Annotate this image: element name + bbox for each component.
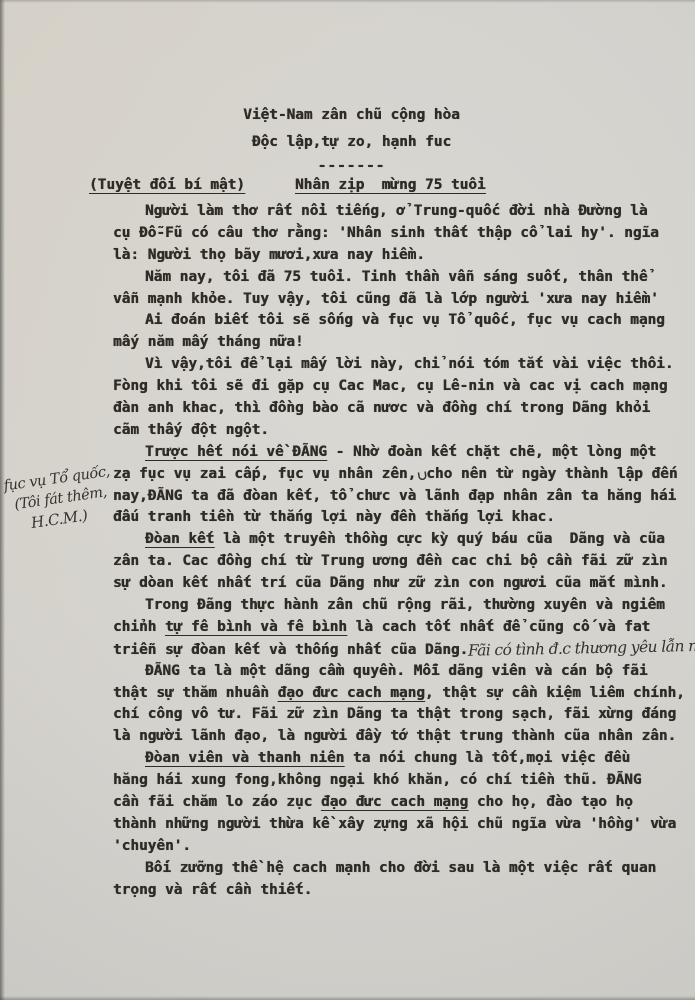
typed-text-run: sự dòan kết nhất trí cũa Dãng như zữ zìn… [113, 575, 668, 591]
text-line: Đòan kết là một truyền thồng cực kỳ quý … [113, 529, 688, 551]
typed-text-run: mấy năm mấy tháng nữa! [113, 334, 304, 350]
typed-text-run: triễn sự đòan kết và thống nhất cũa Dãng… [113, 642, 468, 658]
text-line: Bối zưỡng thề hệ cach mạnh cho đời sau l… [113, 858, 688, 880]
typed-text-run: là: Người thọ bãy mươi,xưa nay hiềm. [113, 247, 425, 263]
typed-text-run: Trong Đãng thực hành zân chũ rộng rãi, t… [145, 597, 665, 613]
text-line: Trong Đãng thực hành zân chũ rộng rãi, t… [113, 595, 688, 617]
typed-text-run: zân ta. Cac đồng chí từ Trung ương đền c… [113, 553, 668, 569]
typed-text-run: Người làm thơ rất nổi tiếng, ở Trung-quố… [145, 203, 648, 219]
typed-text-run: đàn anh khac, thì đồng bào cã nươc và đồ… [113, 400, 650, 416]
text-line: Năm nay, tôi đã 75 tuổi. Tinh thần vẫn s… [113, 267, 688, 289]
text-line: là: Người thọ bãy mươi,xưa nay hiềm. [113, 245, 688, 267]
typed-text-run: zạ fục vụ zai cấp, fục vụ nhân zên, [113, 466, 416, 482]
typed-text-run: Đòan kết [145, 531, 214, 547]
typed-text-run: đạo đưc cach mạng [321, 794, 468, 810]
text-line: hăng hái xung fong,không ngại khó khăn, … [113, 770, 688, 792]
text-line: cụ Đỗ-Fũ có câu thơ rằng: 'Nhân sinh thấ… [113, 223, 688, 245]
photo-edge-top [0, 0, 695, 3]
typed-text-run: Trược hết nói về ĐÃNG [145, 444, 327, 460]
text-line: Fòng khi tôi sẽ đi gặp cụ Cac Mac, cụ Lê… [113, 376, 688, 398]
text-line: đàn anh khac, thì đồng bào cã nươc và đồ… [113, 398, 688, 420]
text-line: zân ta. Cac đồng chí từ Trung ương đền c… [113, 551, 688, 573]
text-line: mấy năm mấy tháng nữa! [113, 332, 688, 354]
photo-edge-bottom [0, 996, 695, 1000]
text-line: đấu tranh tiền từ thắng lợi này đền thắn… [113, 507, 688, 529]
typed-text-run: đạo đưc cach mạng [278, 685, 425, 701]
text-line: triễn sự đòan kết và thống nhất cũa Dãng… [113, 639, 688, 661]
text-line: nay,ĐÃNG ta đã đòan kết, tổ chưc và lãnh… [113, 486, 688, 508]
typed-text-run: Năm nay, tôi đã 75 tuổi. Tinh thần vẫn s… [145, 269, 648, 285]
typed-text-run: vẫn mạnh khỏe. Tuy vậy, tôi cũng đã là l… [113, 291, 659, 307]
typed-text-run: thành những người thừa kề xây zựng xã hộ… [113, 816, 676, 832]
text-line: zạ fục vụ zai cấp, fục vụ nhân zên,∪cho … [113, 464, 688, 486]
typed-text-run: Fòng khi tôi sẽ đi gặp cụ Cac Mac, cụ Lê… [113, 378, 668, 394]
typed-text-run: 'chuyên'. [113, 838, 191, 854]
typed-text-run: cần fãi chăm lo záo zục [113, 794, 321, 810]
typed-text-run: là một truyền thồng cực kỳ quý báu cũa D… [214, 531, 665, 547]
text-line: chí công vô tư. Fãi zữ zìn Dãng ta thật … [113, 704, 688, 726]
typed-text-run: thật sự thăm nhuần [113, 685, 278, 701]
header-motto-line: Độc lập,tự zo, hạnh fuc [4, 129, 695, 156]
header-country-line: Việt-Nam zân chũ cộng hòa [4, 101, 695, 129]
typed-text-run: Bối zưỡng thề hệ cach mạnh cho đời sau l… [145, 860, 656, 876]
header-dashed-rule: ------- [4, 156, 695, 176]
handwritten-inline-note: Fãi có tình đ.c thương yêu lẫn nhau. [468, 635, 695, 662]
typed-text-run: ta nói chung là tốt,mọi việc đều [344, 750, 630, 766]
photographed-document-page: { "colors": { "paper": "#d4d2cd", "ink":… [0, 0, 695, 1000]
typed-text-run: ĐÃNG ta là một dãng cầm quyền. Mỗi dãng … [145, 663, 648, 679]
page-title: Nhân zịp mừng 75 tuổi [295, 174, 486, 196]
secret-label: (Tuyệt đối bí mật) [89, 174, 245, 196]
text-line: Vì vậy,tôi để lại mấy lời này, chỉ nói t… [113, 354, 688, 376]
text-line: trọng và rất cần thiết. [113, 880, 688, 902]
typed-text-run: là người lãnh đạo, là người đầy tớ thật … [113, 728, 676, 744]
text-line: cần fãi chăm lo záo zục đạo đưc cach mạn… [113, 792, 688, 814]
typed-text-run: Vì vậy,tôi để lại mấy lời này, chỉ nói t… [145, 356, 674, 372]
text-line: Đòan viên và thanh niên ta nói chung là … [113, 748, 688, 770]
text-line: 'chuyên'. [113, 836, 688, 858]
typed-text-run: cho họ, đào tạo họ [468, 794, 633, 810]
typed-text-run: cụ Đỗ-Fũ có câu thơ rằng: 'Nhân sinh thấ… [113, 225, 659, 241]
typed-text-run: là cach tốt nhất để cũng cố và fat [347, 619, 650, 635]
document-header: Việt-Nam zân chũ cộng hòa Độc lập,tự zo,… [4, 101, 695, 176]
text-line: sự dòan kết nhất trí cũa Dãng như zữ zìn… [113, 573, 688, 595]
text-line: ĐÃNG ta là một dãng cầm quyền. Mỗi dãng … [113, 661, 688, 683]
typed-text-run: chí công vô tư. Fãi zữ zìn Dãng ta thật … [113, 706, 676, 722]
typed-text-run: Ai đoán biết tôi sẽ sống và fục vụ Tổ qu… [145, 312, 665, 328]
typed-text-run: , thật sự cần kiệm liêm chính, [425, 685, 685, 701]
text-line: vẫn mạnh khỏe. Tuy vậy, tôi cũng đã là l… [113, 289, 688, 311]
typed-text-run: đấu tranh tiền từ thắng lợi này đền thắn… [113, 509, 555, 525]
text-line: Ai đoán biết tôi sẽ sống và fục vụ Tổ qu… [113, 310, 688, 332]
document-body: Người làm thơ rất nổi tiếng, ở Trung-quố… [113, 201, 688, 902]
typed-text-run: cãm thấy đột ngột. [113, 422, 269, 438]
text-line: chỉnh tự fê bình và fê bình là cach tốt … [113, 617, 688, 639]
text-line: thật sự thăm nhuần đạo đưc cach mạng, th… [113, 683, 688, 705]
typed-text-run: cho nên từ ngày thành lập đến [426, 466, 677, 482]
typed-text-run: - Nhờ đoàn kết chặt chẽ, một lòng một [327, 444, 656, 460]
typed-text-run: tự fê bình và fê bình [165, 619, 347, 635]
text-line: là người lãnh đạo, là người đầy tớ thật … [113, 726, 688, 748]
typed-text-run: trọng và rất cần thiết. [113, 882, 312, 898]
text-line: Người làm thơ rất nổi tiếng, ở Trung-quố… [113, 201, 688, 223]
text-line: Trược hết nói về ĐÃNG - Nhờ đoàn kết chặ… [113, 442, 688, 464]
typed-text-run: hăng hái xung fong,không ngại khó khăn, … [113, 772, 642, 788]
text-line: cãm thấy đột ngột. [113, 420, 688, 442]
text-line: thành những người thừa kề xây zựng xã hộ… [113, 814, 688, 836]
typed-text-run: nay,ĐÃNG ta đã đòan kết, tổ chưc và lãnh… [113, 488, 676, 504]
typed-text-run: Đòan viên và thanh niên [145, 750, 344, 766]
typed-text-run: chỉnh [113, 619, 165, 635]
